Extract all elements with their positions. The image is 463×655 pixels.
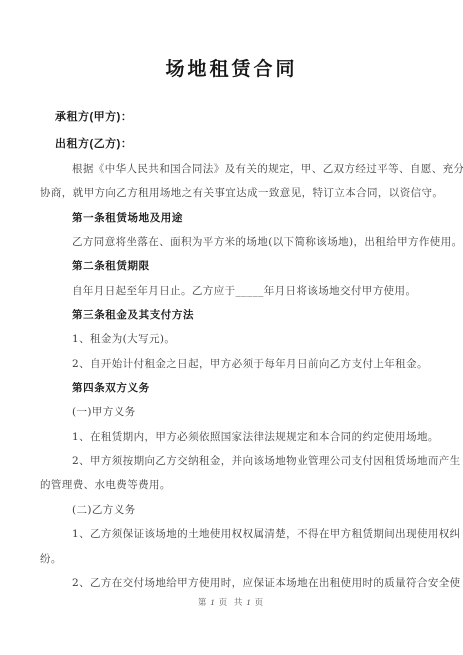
doc-line: 自年月日起至年月日止。乙方应于_____年月日将该场地交付甲方使用。 [0, 279, 463, 303]
doc-line: 2、自开始计付租金之日起，甲方必须于每年月日前向乙方支付上年租金。 [0, 352, 463, 376]
section-heading-2: 第二条租赁期限 [0, 254, 463, 278]
doc-line: 1、乙方须保证该场地的土地使用权权属清楚，不得在甲方租赁期间出现使用权纠 [0, 522, 463, 546]
doc-line: 根据《中华人民共和国合同法》及有关的规定，甲、乙双方经过平等、自愿、充分 [0, 157, 463, 181]
doc-line: 2、甲方须按期向乙方交纳租金，并向该场地物业管理公司支付因租赁场地而产生 [0, 449, 463, 473]
section-heading-4: 第四条双方义务 [0, 376, 463, 400]
doc-line: 乙方同意将坐落在、面积为平方米的场地(以下简称该场地)，出租给甲方作使用。 [0, 230, 463, 254]
footer-middle: 页 共 [219, 598, 245, 608]
footer-total-pages: 1 [246, 597, 252, 607]
doc-line: (一)甲方义务 [0, 400, 463, 424]
section-heading-1: 第一条租赁场地及用途 [0, 206, 463, 230]
contract-body: 根据《中华人民共和国合同法》及有关的规定，甲、乙双方经过平等、自愿、充分 协商，… [0, 157, 463, 595]
doc-line: 协商，就甲方向乙方租用场地之有关事宜达成一致意见，特订立本合同，以资信守。 [0, 181, 463, 205]
party-lessee-label: 承租方(甲方)： [55, 108, 132, 124]
document-title: 场地租赁合同 [0, 54, 463, 81]
doc-line: 的管理费、水电费等费用。 [0, 473, 463, 497]
footer-prefix: 第 [198, 598, 209, 608]
section-heading-3: 第三条租金及其支付方法 [0, 303, 463, 327]
doc-line: 1、租金为(大写元)。 [0, 327, 463, 351]
footer-suffix: 页 [255, 598, 266, 608]
contract-page: 场地租赁合同 承租方(甲方)： 出租方(乙方)： 根据《中华人民共和国合同法》及… [0, 0, 463, 655]
party-lessor-label: 出租方(乙方)： [55, 135, 132, 151]
doc-line: 纷。 [0, 547, 463, 571]
doc-line: 2、乙方在交付场地给甲方使用时，应保证本场地在出租使用时的质量符合安全使 [0, 571, 463, 595]
doc-line: 1、在租赁期内，甲方必须依照国家法律法规规定和本合同的约定使用场地。 [0, 425, 463, 449]
doc-line: (二)乙方义务 [0, 498, 463, 522]
footer-current-page: 1 [210, 597, 216, 607]
page-number-footer: 第1页 共1页 [0, 596, 463, 608]
